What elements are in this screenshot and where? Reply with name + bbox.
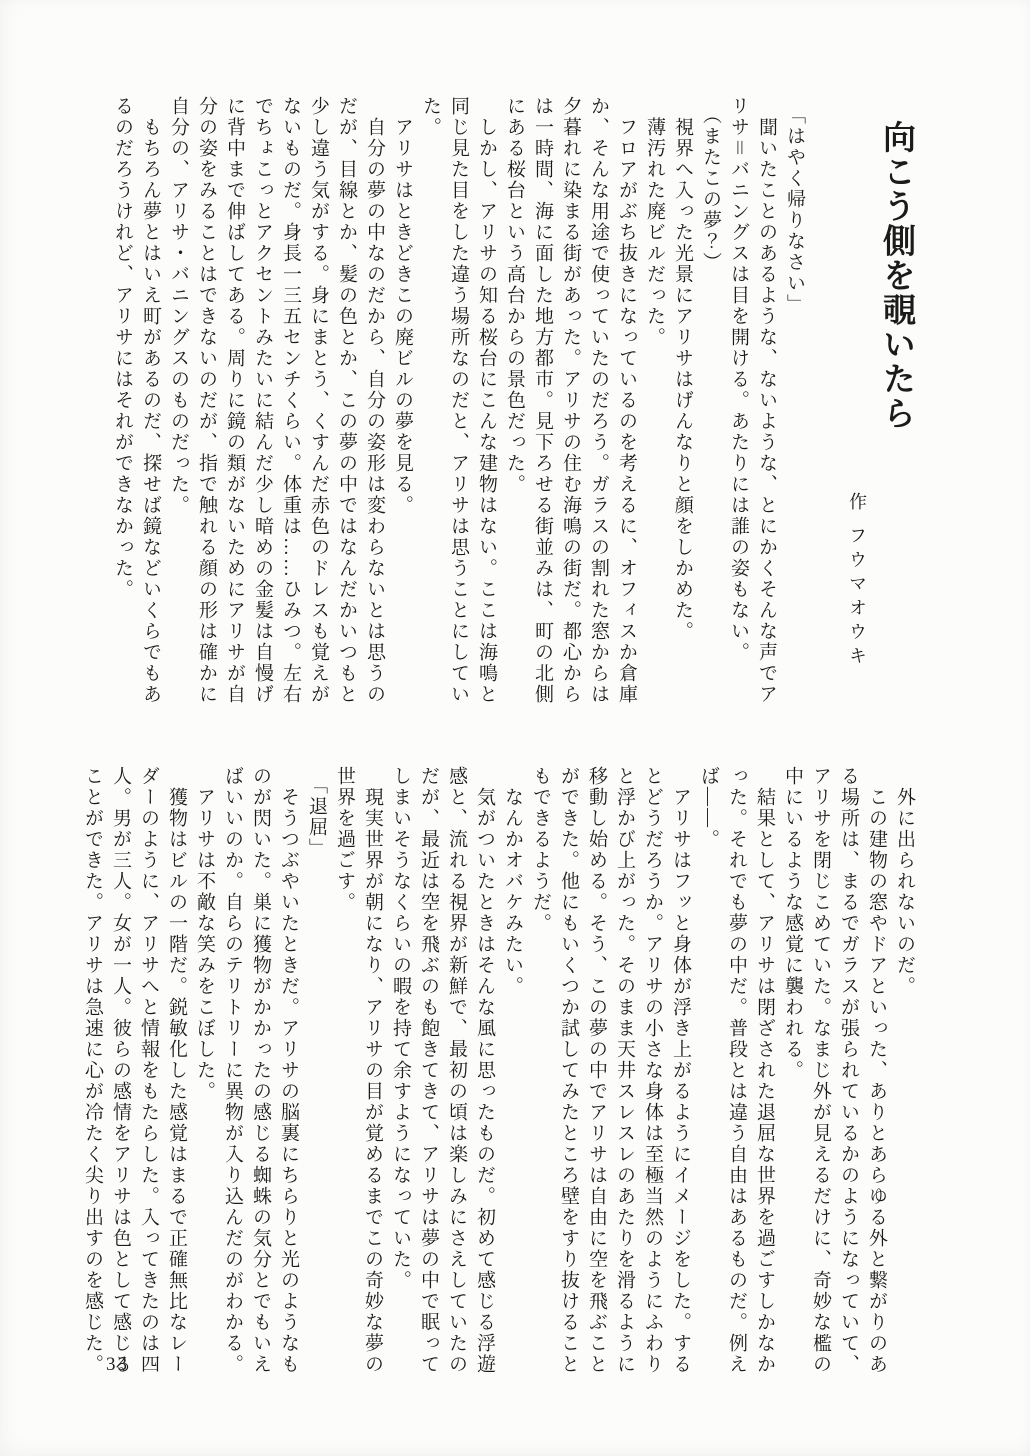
- story-text-top: 「はやく帰りなさい」聞いたことのあるような、ないような、とにかくそんな声でアリサ…: [108, 96, 808, 710]
- paragraph: もちろん夢とはいえ町があるのだ、探せば鏡などいくらでもあるのだろうけれど、アリサ…: [108, 96, 164, 710]
- paragraph: しかし、アリサの知る桜台にこんな建物はない。ここは海鳴と同じ見た目をした違う場所…: [416, 96, 500, 710]
- paragraph: 結果として、アリサは閉ざされた退屈な世界を過ごすしかなかった。それでも夢の中だ。…: [694, 766, 778, 1380]
- paragraph: アリサはフッと身体が浮き上がるようにイメージをした。するとどうだろうか。アリサの…: [526, 766, 694, 1380]
- story-text-bottom: 外に出られないのだ。この建物の窓やドアといった、ありとあらゆる外と繋がりのある場…: [78, 766, 918, 1380]
- paragraph: 「退屈」: [302, 766, 330, 1380]
- paragraph: 外に出られないのだ。: [890, 766, 918, 1380]
- paragraph: 現実世界が朝になり、アリサの目が覚めるまでこの奇妙な夢の世界を過ごす。: [330, 766, 386, 1380]
- author-credit: 作フウマオウキ: [842, 96, 872, 710]
- paragraph: 聞いたことのあるような、ないような、とにかくそんな声でアリサ＝バニングスは目を開…: [724, 96, 780, 710]
- paragraph: 「はやく帰りなさい」: [780, 96, 808, 710]
- paragraph: （またこの夢？）: [696, 96, 724, 710]
- paragraph: なんかオバケみたい。: [498, 766, 526, 1380]
- paragraph: アリサはときどきこの廃ビルの夢を見る。: [388, 96, 416, 710]
- paragraph: この建物の窓やドアといった、ありとあらゆる外と繋がりのある場所は、まるでガラスが…: [778, 766, 890, 1380]
- paragraph: 獲物はビルの一階だ。鋭敏化した感覚はまるで正確無比なレーダーのように、アリサへと…: [78, 766, 190, 1380]
- story-opening-block: 向こう側を覗いたら 作フウマオウキ 「はやく帰りなさい」聞いたことのあるような、…: [108, 96, 920, 710]
- author-name: フウマオウキ: [847, 526, 867, 670]
- scanned-novel-page: 向こう側を覗いたら 作フウマオウキ 「はやく帰りなさい」聞いたことのあるような、…: [0, 0, 1030, 1456]
- paragraph: 薄汚れた廃ビルだった。: [640, 96, 668, 710]
- story-title: 向こう側を覗いたら: [872, 96, 920, 710]
- author-label: 作: [847, 492, 867, 510]
- paragraph: 視界へ入った光景にアリサはげんなりと顔をしかめた。: [668, 96, 696, 710]
- paragraph: フロアがぶち抜きになっているのを考えるに、オフィスか倉庫か、そんな用途で使ってい…: [500, 96, 640, 710]
- page-number: 33: [106, 1354, 129, 1376]
- paragraph: そうつぶやいたときだ。アリサの脳裏にちらりと光のようなものが閃いた。巣に獲物がか…: [218, 766, 302, 1380]
- paragraph: アリサは不敵な笑みをこぼした。: [190, 766, 218, 1380]
- paragraph: 自分の夢の中なのだから、自分の姿形は変わらないとは思うのだが、目線とか、髪の色と…: [164, 96, 388, 710]
- paragraph: 気がついたときはそんな風に思ったものだ。初めて感じる浮遊感と、流れる視界が新鮮で…: [386, 766, 498, 1380]
- story-continuation-block: 外に出られないのだ。この建物の窓やドアといった、ありとあらゆる外と繋がりのある場…: [78, 766, 918, 1380]
